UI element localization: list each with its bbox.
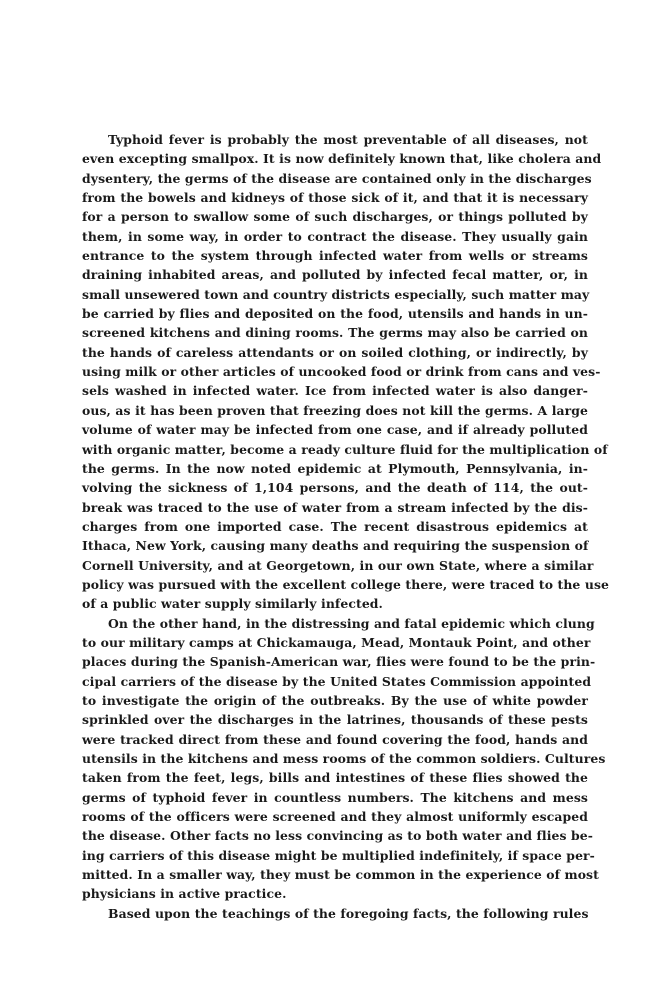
text-line: screened kitchens and dining rooms. The …: [82, 323, 588, 342]
text-line: mitted. In a smaller way, they must be c…: [82, 865, 588, 884]
text-line: Ithaca, New York, causing many deaths an…: [82, 536, 588, 555]
text-line: sels washed in infected water. Ice from …: [82, 381, 588, 400]
text-line: taken from the feet, legs, bills and int…: [82, 768, 588, 787]
text-line: Cornell University, and at Georgetown, i…: [82, 556, 588, 575]
text-line: to investigate the origin of the outbrea…: [82, 691, 588, 710]
text-line: volving the sickness of 1,104 persons, a…: [82, 478, 588, 497]
text-line: ing carriers of this disease might be mu…: [82, 846, 588, 865]
text-line: the hands of careless attendants or on s…: [82, 343, 588, 362]
text-line: cipal carriers of the disease by the Uni…: [82, 672, 588, 691]
text-line: ous, as it has been proven that freezing…: [82, 401, 588, 420]
text-line: break was traced to the use of water fro…: [82, 498, 588, 517]
text-line: places during the Spanish-American war, …: [82, 652, 588, 671]
text-line: draining inhabited areas, and polluted b…: [82, 265, 588, 284]
text-line: to our military camps at Chickamauga, Me…: [82, 633, 588, 652]
text-line: rooms of the officers were screened and …: [82, 807, 588, 826]
text-line: the disease. Other facts no less convinc…: [82, 826, 588, 845]
text-line: On the other hand, in the distressing an…: [82, 614, 588, 633]
text-line: Typhoid fever is probably the most preve…: [82, 130, 588, 149]
paragraph-typhoid-transmission: Typhoid fever is probably the most preve…: [82, 130, 588, 614]
text-line: be carried by flies and deposited on the…: [82, 304, 588, 323]
text-line: the germs. In the now noted epidemic at …: [82, 459, 588, 478]
text-line: even excepting smallpox. It is now defin…: [82, 149, 588, 168]
text-line: policy was pursued with the excellent co…: [82, 575, 588, 594]
text-line: utensils in the kitchens and mess rooms …: [82, 749, 588, 768]
text-line: for a person to swallow some of such dis…: [82, 207, 588, 226]
text-line: volume of water may be infected from one…: [82, 420, 588, 439]
paragraph-flies-as-carriers: On the other hand, in the distressing an…: [82, 614, 588, 904]
text-line: using milk or other articles of uncooked…: [82, 362, 588, 381]
text-line: entrance to the system through infected …: [82, 246, 588, 265]
paragraph-rules-intro: Based upon the teachings of the foregoin…: [82, 904, 588, 923]
text-line: were tracked direct from these and found…: [82, 730, 588, 749]
text-line: Based upon the teachings of the foregoin…: [82, 904, 588, 923]
document-page: Typhoid fever is probably the most preve…: [82, 130, 588, 923]
text-line: small unsewered town and country distric…: [82, 285, 588, 304]
text-line: germs of typhoid fever in countless numb…: [82, 788, 588, 807]
text-line: them, in some way, in order to contract …: [82, 227, 588, 246]
text-line: physicians in active practice.: [82, 884, 588, 903]
text-line: sprinkled over the discharges in the lat…: [82, 710, 588, 729]
text-line: charges from one imported case. The rece…: [82, 517, 588, 536]
text-line: dysentery, the germs of the disease are …: [82, 169, 588, 188]
text-line: of a public water supply similarly infec…: [82, 594, 588, 613]
text-line: from the bowels and kidneys of those sic…: [82, 188, 588, 207]
text-line: with organic matter, become a ready cult…: [82, 440, 588, 459]
